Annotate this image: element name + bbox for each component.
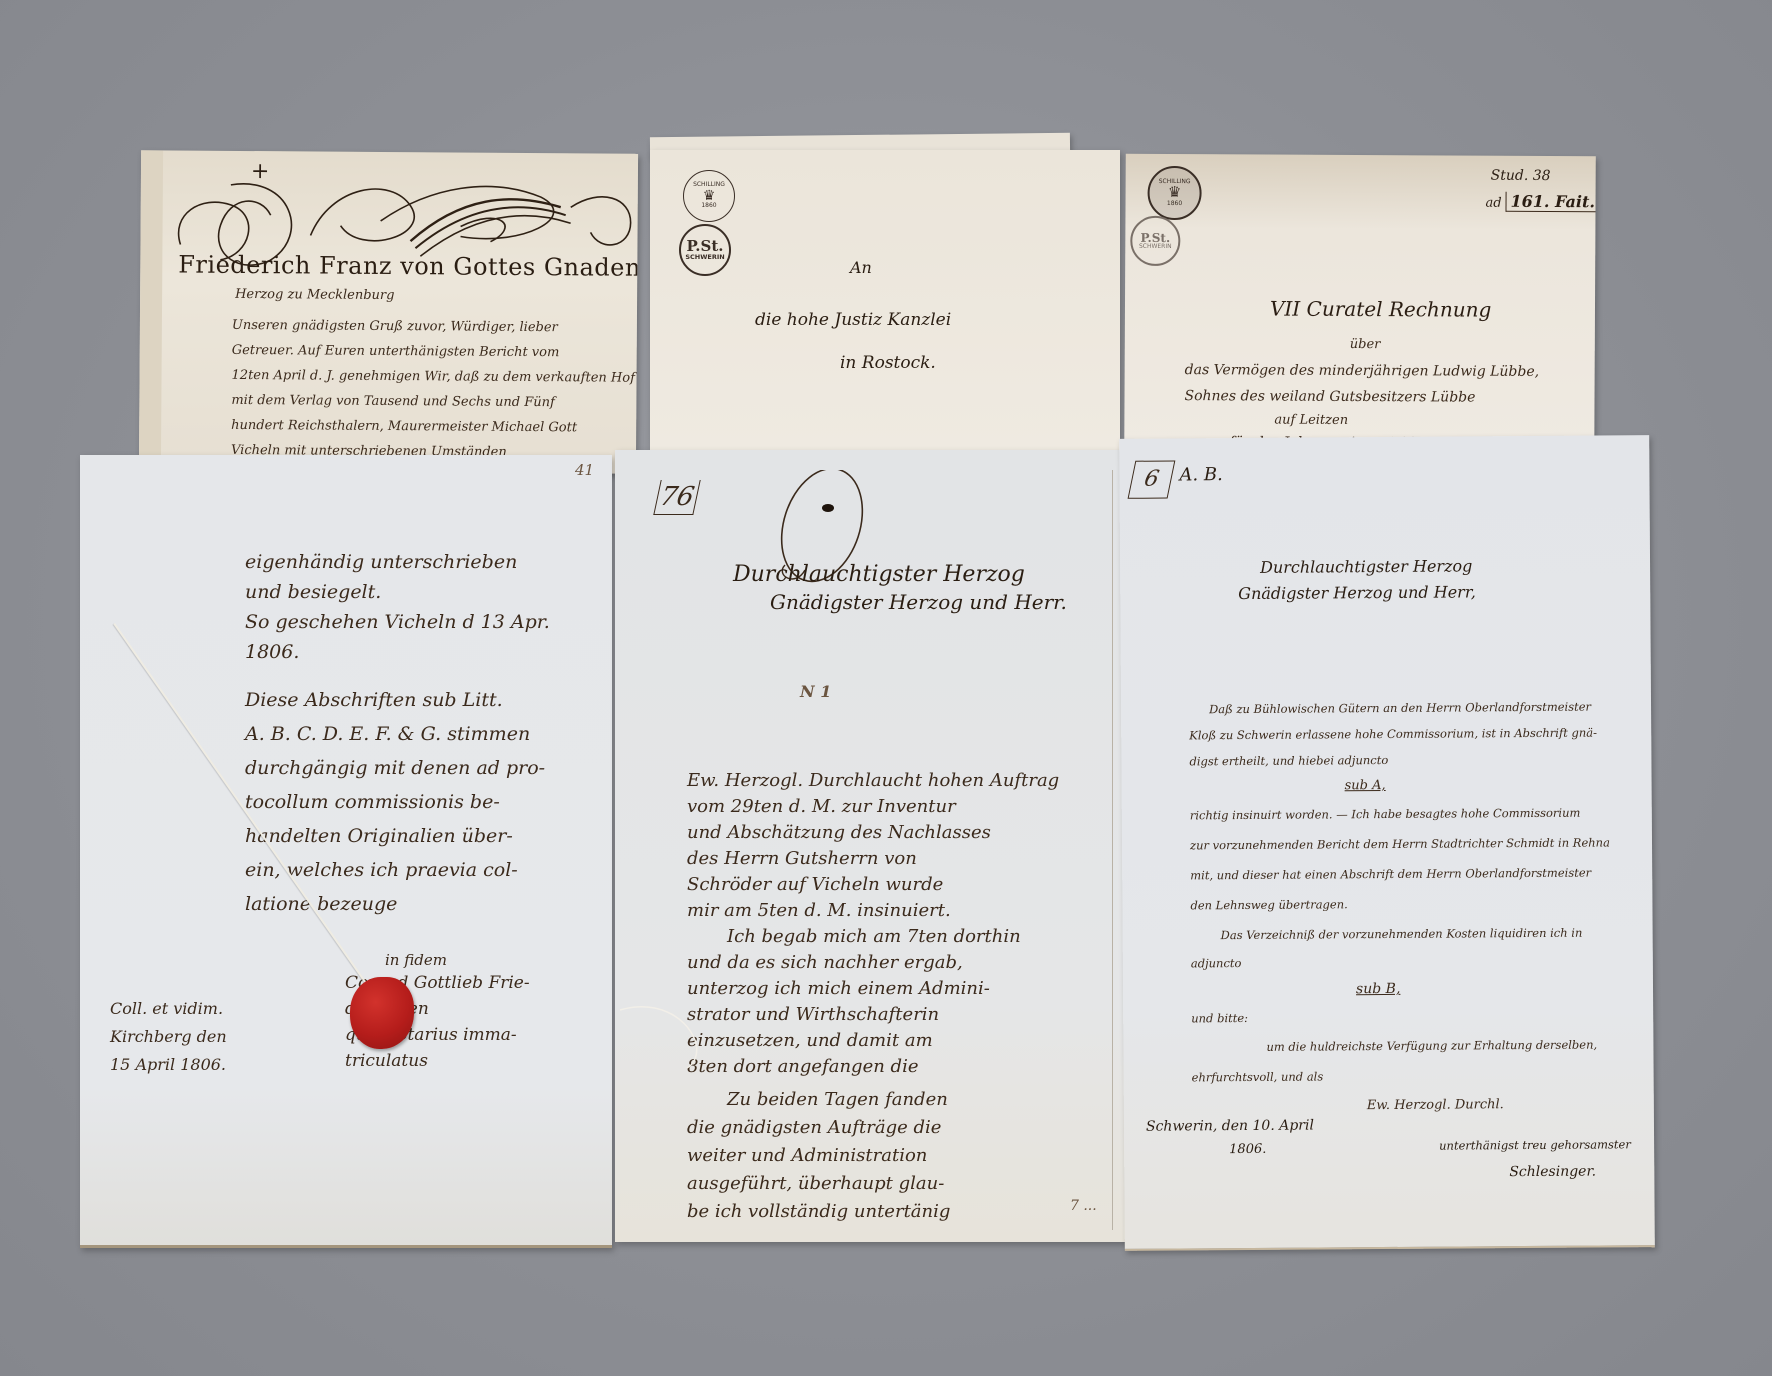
- notary-body: eigenhändig unterschrieben und besiegelt…: [245, 547, 605, 921]
- text-line: Diese Abschriften sub Litt.: [245, 683, 605, 717]
- text-line: und da es sich nachher ergab,: [687, 950, 1127, 976]
- text-line: adjuncto: [1191, 947, 1641, 976]
- red-wax-seal: [350, 977, 414, 1049]
- text-line: A. B. C. D. E. F. & G. stimmen: [245, 717, 605, 751]
- pst-schwerin-stamp: P.St. SCHWERIN: [679, 224, 731, 276]
- text-line: handelten Originalien über-: [245, 819, 605, 853]
- document-notarized-copy: 41 eigenhändig unterschrieben und besieg…: [80, 455, 612, 1248]
- text-line: mit, und dieser hat einen Abschrift dem …: [1190, 857, 1640, 890]
- document-report-no-1: 76 Durchlauchtigster Herzog Gnädigster H…: [615, 450, 1137, 1242]
- text-line: 8ten dort angefangen die: [687, 1054, 1127, 1080]
- text-line: ehrfurchtsvoll, und als: [1192, 1059, 1642, 1092]
- text-line: sub A,: [1345, 770, 1655, 799]
- text-line: triculatus: [345, 1048, 605, 1074]
- text-line: Ew. Herzogl. Durchlaucht hohen Auftrag: [687, 768, 1127, 794]
- text-line: Sohnes des weiland Gutsbesitzers Lübbe: [1184, 388, 1475, 406]
- text-line: mir am 5ten d. M. insinuiert.: [687, 898, 1127, 924]
- folded-edge: [139, 150, 163, 470]
- text-line: eigenhändig unterschrieben: [245, 547, 605, 577]
- text-line: ausgeführt, überhaupt glau-: [687, 1170, 1127, 1198]
- loose-thread-icon: [615, 1000, 705, 1070]
- year: 1806.: [1229, 1142, 1266, 1157]
- text-line: und Abschätzung des Nachlasses: [687, 820, 1127, 846]
- closing-formula: unterthänigst treu gehorsamster: [1439, 1137, 1631, 1152]
- pst-schwerin-stamp: P.St. SCHWERIN: [1130, 216, 1180, 266]
- salutation-line: Durchlauchtigster Herzog: [733, 562, 1025, 587]
- text-line: um die huldreichste Verfügung zur Erhalt…: [1266, 1029, 1655, 1062]
- text-line: mit dem Verlag von Tausend und Sechs und…: [231, 388, 631, 416]
- text-line: Unseren gnädigsten Gruß zuvor, Würdiger,…: [232, 313, 632, 341]
- place-date: Schwerin, den 10. April: [1146, 1118, 1314, 1135]
- text-line: sub B,: [1356, 972, 1655, 1003]
- text-line: digst ertheilt, und hiebei adjuncto: [1189, 745, 1639, 774]
- envelope-justiz-kanzlei-front: SCHILLING ♛ 1860 P.St. SCHWERIN An die h…: [650, 150, 1120, 450]
- text-line: Daß zu Bühlowischen Gütern an den Herrn …: [1209, 693, 1655, 722]
- text-line: die gnädigsten Aufträge die: [687, 1114, 1127, 1142]
- text-line: Coll. et vidim.: [110, 995, 310, 1023]
- text-line: be ich vollständig untertänig: [687, 1198, 1127, 1226]
- text-line: den Lehnsweg übertragen.: [1190, 887, 1640, 920]
- initial-flourish-icon: [760, 470, 870, 610]
- text-line: richtig insinuirt worden. — Ich habe bes…: [1190, 797, 1640, 830]
- section-mark: N 1: [800, 682, 831, 701]
- text-line: Ew. Herzogl. Durchl.: [1367, 1088, 1655, 1121]
- archive-annotation: Stud. 38: [1491, 168, 1551, 184]
- rechnung-title: VII Curatel Rechnung: [1270, 297, 1491, 322]
- archive-box-number: 6: [1128, 460, 1176, 498]
- text-line: 1806.: [245, 637, 605, 667]
- text-line: Das Verzeichniß der vorzunehmenden Koste…: [1221, 917, 1655, 950]
- crest-icon: ♛: [703, 189, 716, 204]
- archive-prefix: ad: [1485, 196, 1501, 211]
- stamp-place: SCHWERIN: [685, 254, 724, 261]
- decree-heading: Friederich Franz von Gottes Gnaden: [178, 251, 638, 282]
- petition-body: Daß zu Bühlowischen Gütern an den Herrn …: [1189, 693, 1642, 1122]
- text-line: in fidem: [385, 950, 612, 970]
- text-line: Kloß zu Schwerin erlassene hohe Commisso…: [1189, 719, 1639, 748]
- document-curatel-rechnung: SCHILLING ♛ 1860 P.St. SCHWERIN Stud. 38…: [1124, 154, 1596, 456]
- salutation-line: Gnädigster Herzog und Herr,: [1238, 582, 1476, 603]
- text-line: zur vorzunehmenden Bericht dem Herrn Sta…: [1190, 827, 1640, 860]
- text-line: und bitte:: [1191, 1001, 1641, 1032]
- text-line: das Vermögen des minderjährigen Ludwig L…: [1185, 362, 1540, 380]
- salutation-line: Gnädigster Herzog und Herr.: [770, 590, 1067, 614]
- address-city: in Rostock.: [840, 353, 936, 373]
- text-line: latione bezeuge: [245, 887, 605, 921]
- text-line: durchgängig mit denen ad pro-: [245, 751, 605, 785]
- signature: Schlesinger.: [1509, 1164, 1596, 1181]
- schilling-postmark-stamp: SCHILLING ♛ 1860: [683, 170, 735, 222]
- page-number: 41: [575, 461, 594, 479]
- text-line: tocollum commissionis be-: [245, 785, 605, 819]
- stamp-text: P.St.: [686, 239, 723, 255]
- archive-box-number: 161. Fait.: [1505, 192, 1595, 212]
- address-recipient: die hohe Justiz Kanzlei: [755, 310, 951, 330]
- text-line: Kirchberg den: [110, 1023, 310, 1051]
- text-line: 15 April 1806.: [110, 1051, 310, 1079]
- address-an: An: [850, 258, 872, 277]
- crest-icon: ♛: [1168, 185, 1182, 201]
- decree-subheading: Herzog zu Mecklenburg: [235, 287, 394, 303]
- text-line: und besiegelt.: [245, 577, 605, 607]
- collation-note: Coll. et vidim. Kirchberg den 15 April 1…: [110, 995, 310, 1079]
- text-line: weiter und Administration: [687, 1142, 1127, 1170]
- text-line: strator und Wirthschafterin: [687, 1002, 1127, 1028]
- text-line: So geschehen Vicheln d 13 Apr.: [245, 607, 605, 637]
- text-line: ein, welches ich praevia col-: [245, 853, 605, 887]
- text-line: über: [1350, 337, 1381, 352]
- text-line: einzusetzen, und damit am: [687, 1028, 1127, 1054]
- document-decree-friedrich-franz: + Friederich Franz von Gottes Gnaden Her…: [139, 150, 638, 473]
- stamp-place: SCHWERIN: [1139, 244, 1172, 250]
- decree-body: Unseren gnädigsten Gruß zuvor, Würdiger,…: [231, 313, 632, 466]
- text-line: Schröder auf Vicheln wurde: [687, 872, 1127, 898]
- stamp-year: 1860: [1167, 201, 1182, 207]
- reference-letters: A. B.: [1179, 464, 1223, 485]
- report-body: Ew. Herzogl. Durchlaucht hohen Auftrag v…: [687, 768, 1127, 1226]
- text-line: 12ten April d. J. genehmigen Wir, daß zu…: [231, 363, 631, 391]
- text-line: hundert Reichsthalern, Maurermeister Mic…: [231, 413, 631, 441]
- text-line: Zu beiden Tagen fanden: [727, 1086, 1137, 1114]
- text-line: des Herrn Gutsherrn von: [687, 846, 1127, 872]
- text-line: vom 29ten d. M. zur Inventur: [687, 794, 1127, 820]
- stamp-year: 1860: [701, 203, 716, 209]
- text-line: Getreuer. Auf Euren unterthänigsten Beri…: [232, 338, 632, 366]
- catchword: 7 ...: [1070, 1198, 1097, 1214]
- archive-box-number: 76: [653, 480, 700, 515]
- salutation-line: Durchlauchtigster Herzog: [1260, 556, 1472, 576]
- document-petition: 6 A. B. Durchlauchtigster Herzog Gnädigs…: [1119, 435, 1655, 1251]
- text-line: unterzog ich mich einem Admini-: [687, 976, 1127, 1002]
- text-line: auf Leitzen: [1274, 413, 1348, 428]
- schilling-postmark-stamp: SCHILLING ♛ 1860: [1147, 166, 1201, 220]
- text-line: Ich begab mich am 7ten dorthin: [727, 924, 1137, 950]
